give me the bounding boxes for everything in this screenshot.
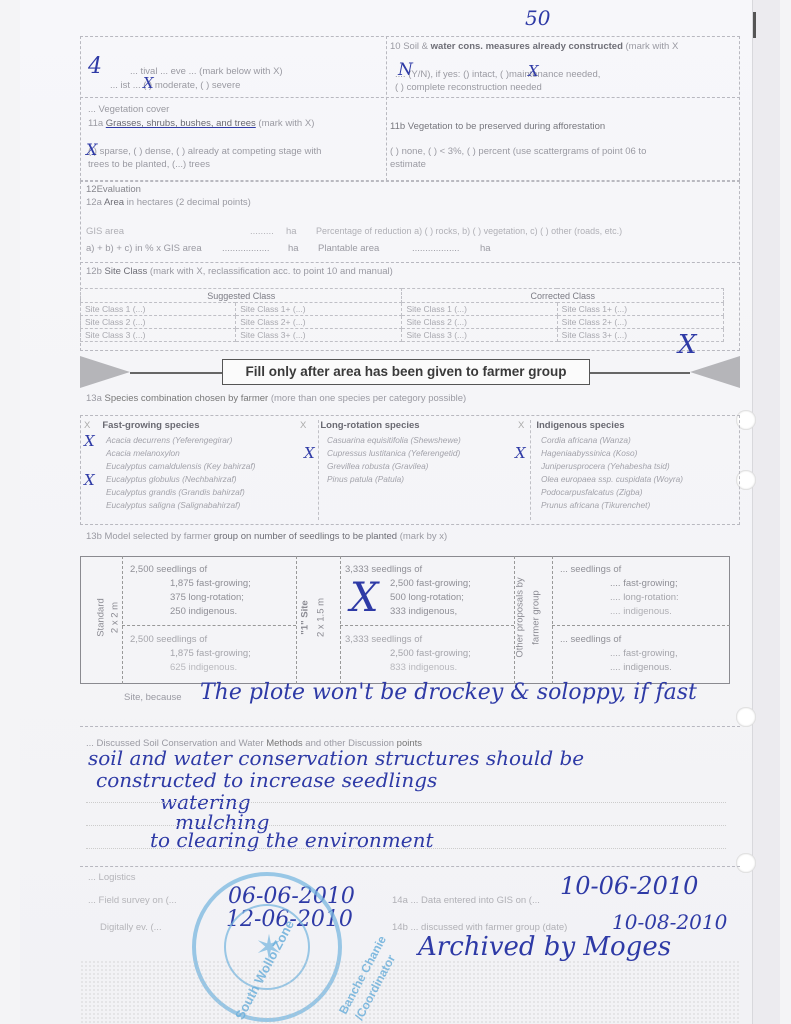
site-class-option[interactable]: Site Class 3+ (...) bbox=[557, 329, 723, 342]
species-13a-title: 13a Species combination chosen by farmer… bbox=[86, 393, 466, 404]
gis-entered-date: 10-06-2010 bbox=[560, 872, 698, 900]
species-option[interactable]: Podocarpusfalcatus (Zigba) bbox=[518, 486, 683, 499]
punch-hole bbox=[736, 853, 756, 873]
column-divider bbox=[122, 556, 123, 684]
species-option[interactable]: Acacia melanoxylon bbox=[84, 447, 255, 460]
banner-arrow-left bbox=[80, 356, 130, 388]
species-option[interactable]: Eucalyptus saligna (Salignabahirzaf) bbox=[84, 499, 255, 512]
vegetation-11b-title: 11b Vegetation to be preserved during af… bbox=[390, 121, 605, 132]
soil-water-line1: .... (Y/N), if yes: () intact, ( )mainte… bbox=[395, 69, 600, 80]
indigenous-column: XIndigenous species Cordia africana (Wan… bbox=[518, 420, 683, 512]
banner-arrow-right bbox=[690, 356, 740, 388]
archived-by: Archived by Moges bbox=[418, 932, 671, 962]
vegetation-cover-title: ... Vegetation cover bbox=[88, 104, 169, 115]
other-proposals-label-2: farmer group bbox=[531, 558, 542, 678]
site-class-option[interactable]: Site Class 1+ (...) bbox=[557, 303, 723, 316]
erosion-mark: X bbox=[143, 74, 154, 92]
reason-handwritten: The plote won't be drockey & soloppy, if… bbox=[200, 680, 697, 705]
vegetation-11a-line1: ( ) sparse, ( ) dense, ( ) already at co… bbox=[88, 146, 321, 157]
site-class-option[interactable]: Site Class 2 (...) bbox=[81, 316, 236, 329]
evaluation-title: 12Evaluation bbox=[86, 184, 141, 195]
scan-bracket bbox=[753, 12, 756, 38]
cupressus-mark: X bbox=[304, 444, 315, 462]
plantable-unit: ha bbox=[480, 243, 491, 254]
species-option[interactable]: Casuarina equisitifolia (Shewshewe) bbox=[300, 434, 461, 447]
banner-line-right bbox=[590, 372, 690, 374]
species-option[interactable]: Hageniaabyssinica (Koso) bbox=[518, 447, 683, 460]
maintenance-needed-mark: X bbox=[528, 62, 539, 80]
writing-line bbox=[86, 825, 726, 826]
calc-label: a) + b) + c) in % x GIS area bbox=[86, 243, 202, 254]
eucalyptus-globulus-mark: X bbox=[84, 471, 95, 489]
site-class-option[interactable]: Site Class 2 (...) bbox=[402, 316, 557, 329]
species-option[interactable]: Olea europaea ssp. cuspidata (Woyra) bbox=[518, 473, 683, 486]
species-option[interactable]: Pinus patula (Patula) bbox=[300, 473, 461, 486]
species-option[interactable]: Prunus africana (Tikurenchet) bbox=[518, 499, 683, 512]
plantable-label: Plantable area bbox=[318, 243, 379, 254]
site1-selected-mark: X bbox=[350, 575, 378, 621]
row-divider bbox=[122, 625, 296, 626]
site-class-option[interactable]: Site Class 1 (...) bbox=[402, 303, 557, 316]
logistics-title: ... Logistics bbox=[88, 872, 136, 883]
site-class-option[interactable]: Site Class 2+ (...) bbox=[236, 316, 402, 329]
site1-label: "1" Site bbox=[300, 573, 311, 663]
species-option[interactable]: Eucalyptus camaldulensis (Key bahirzaf) bbox=[84, 460, 255, 473]
row-divider bbox=[552, 625, 730, 626]
site-class-option[interactable]: Site Class 1 (...) bbox=[81, 303, 236, 316]
gis-entered-label: 14a ... Data entered into GIS on (... bbox=[392, 895, 540, 906]
row-divider bbox=[80, 97, 740, 98]
corrected-class-header: Corrected Class bbox=[402, 289, 724, 303]
site1-spacing: 2 x 1.5 m bbox=[316, 573, 327, 663]
standard-label: Standard bbox=[96, 573, 107, 663]
site-class-12b-title: 12b Site Class (mark with X, reclassific… bbox=[86, 266, 393, 277]
plantable-value: .................. bbox=[412, 243, 460, 254]
site-class-option[interactable]: Site Class 3 (...) bbox=[402, 329, 557, 342]
reason-label: Site, because bbox=[124, 692, 182, 703]
erosion-options: ... ist ... ( ) moderate, ( ) severe bbox=[110, 80, 240, 91]
vegetation-11b-line2: estimate bbox=[390, 159, 426, 170]
long-rotation-header: Long-rotation species bbox=[320, 420, 419, 431]
standard-spacing: 2 x 2 m bbox=[110, 573, 121, 663]
soil-water-yn-value: N bbox=[398, 60, 413, 80]
discussion-line: constructed to increase seedlings bbox=[96, 768, 437, 792]
site-class-option[interactable]: Site Class 3 (...) bbox=[81, 329, 236, 342]
reduction-label: Percentage of reduction a) ( ) rocks, b)… bbox=[316, 226, 622, 236]
row-divider bbox=[80, 726, 740, 727]
row-divider bbox=[340, 625, 514, 626]
species-option[interactable]: Eucalyptus globulus (Nechbahirzaf) bbox=[84, 473, 255, 486]
scan-noise bbox=[80, 960, 740, 1024]
gis-area-unit: ha bbox=[286, 226, 297, 237]
row-divider bbox=[80, 866, 740, 867]
species-option[interactable]: Grevillea robusta (Gravilea) bbox=[300, 460, 461, 473]
site-class-option[interactable]: Site Class 2+ (...) bbox=[557, 316, 723, 329]
vegetation-11b-line1: ( ) none, ( ) < 3%, ( ) percent (use sca… bbox=[390, 146, 646, 157]
row-divider bbox=[80, 262, 740, 263]
fast-growing-header: Fast-growing species bbox=[102, 420, 199, 431]
species-option[interactable]: Cupressus lustitanica (Yeferengetid) bbox=[300, 447, 461, 460]
fast-growing-column: XFast-growing species Acacia decurrens (… bbox=[84, 420, 255, 512]
digitally-label: Digitally ev. (... bbox=[100, 922, 162, 933]
handwritten-page-number: 50 bbox=[525, 6, 550, 30]
gis-area-label: GIS area bbox=[86, 226, 124, 237]
long-rotation-column: XLong-rotation species Casuarina equisit… bbox=[300, 420, 461, 486]
hagenia-mark: X bbox=[515, 444, 526, 462]
vegetation-11a-line2: trees to be planted, (...) trees bbox=[88, 159, 210, 170]
calc-value: .................. bbox=[222, 243, 270, 254]
sparse-mark: X bbox=[86, 140, 97, 159]
site-class-table: Suggested Class Corrected Class Site Cla… bbox=[80, 288, 724, 342]
site-class-option[interactable]: Site Class 3+ (...) bbox=[236, 329, 402, 342]
discussed-date: 10-08-2010 bbox=[612, 910, 727, 934]
suggested-class-header: Suggested Class bbox=[81, 289, 402, 303]
writing-line bbox=[86, 802, 726, 803]
discussion-line: soil and water conservation structures s… bbox=[88, 746, 584, 770]
punch-hole bbox=[736, 707, 756, 727]
indigenous-header: Indigenous species bbox=[536, 420, 624, 431]
other-proposals-label: Other proposals by bbox=[515, 558, 526, 678]
column-divider bbox=[340, 556, 341, 684]
banner-line-left bbox=[130, 372, 222, 374]
column-divider bbox=[386, 36, 387, 181]
model-13b-title: 13b Model selected by farmer group on nu… bbox=[86, 531, 447, 542]
site-class-option[interactable]: Site Class 1+ (...) bbox=[236, 303, 402, 316]
handwritten-section-number: 4 bbox=[88, 54, 102, 79]
writing-line bbox=[86, 848, 726, 849]
column-divider bbox=[552, 556, 553, 684]
calc-unit: ha bbox=[288, 243, 299, 254]
field-survey-label: ... Field survey on (... bbox=[88, 895, 177, 906]
species-option[interactable]: Juniperusprocera (Yehabesha tsid) bbox=[518, 460, 683, 473]
species-option[interactable]: Eucalyptus grandis (Grandis bahirzaf) bbox=[84, 486, 255, 499]
area-12a-title: 12a Area in hectares (2 decimal points) bbox=[86, 197, 251, 208]
soil-water-title: 10 Soil & water cons. measures already c… bbox=[390, 41, 678, 52]
column-divider bbox=[296, 556, 297, 684]
vegetation-11a-title: 11a Grasses, shrubs, bushes, and trees (… bbox=[88, 118, 314, 129]
gis-area-value: ......... bbox=[250, 226, 274, 237]
soil-water-line2: ( ) complete reconstruction needed bbox=[395, 82, 542, 93]
species-option[interactable]: Cordia africana (Wanza) bbox=[518, 434, 683, 447]
fill-after-area-banner: Fill only after area has been given to f… bbox=[222, 359, 590, 385]
species-option[interactable]: Acacia decurrens (Yeferengegirar) bbox=[84, 434, 255, 447]
acacia-decurrens-mark: X bbox=[84, 432, 95, 450]
page-edge bbox=[752, 0, 780, 1024]
